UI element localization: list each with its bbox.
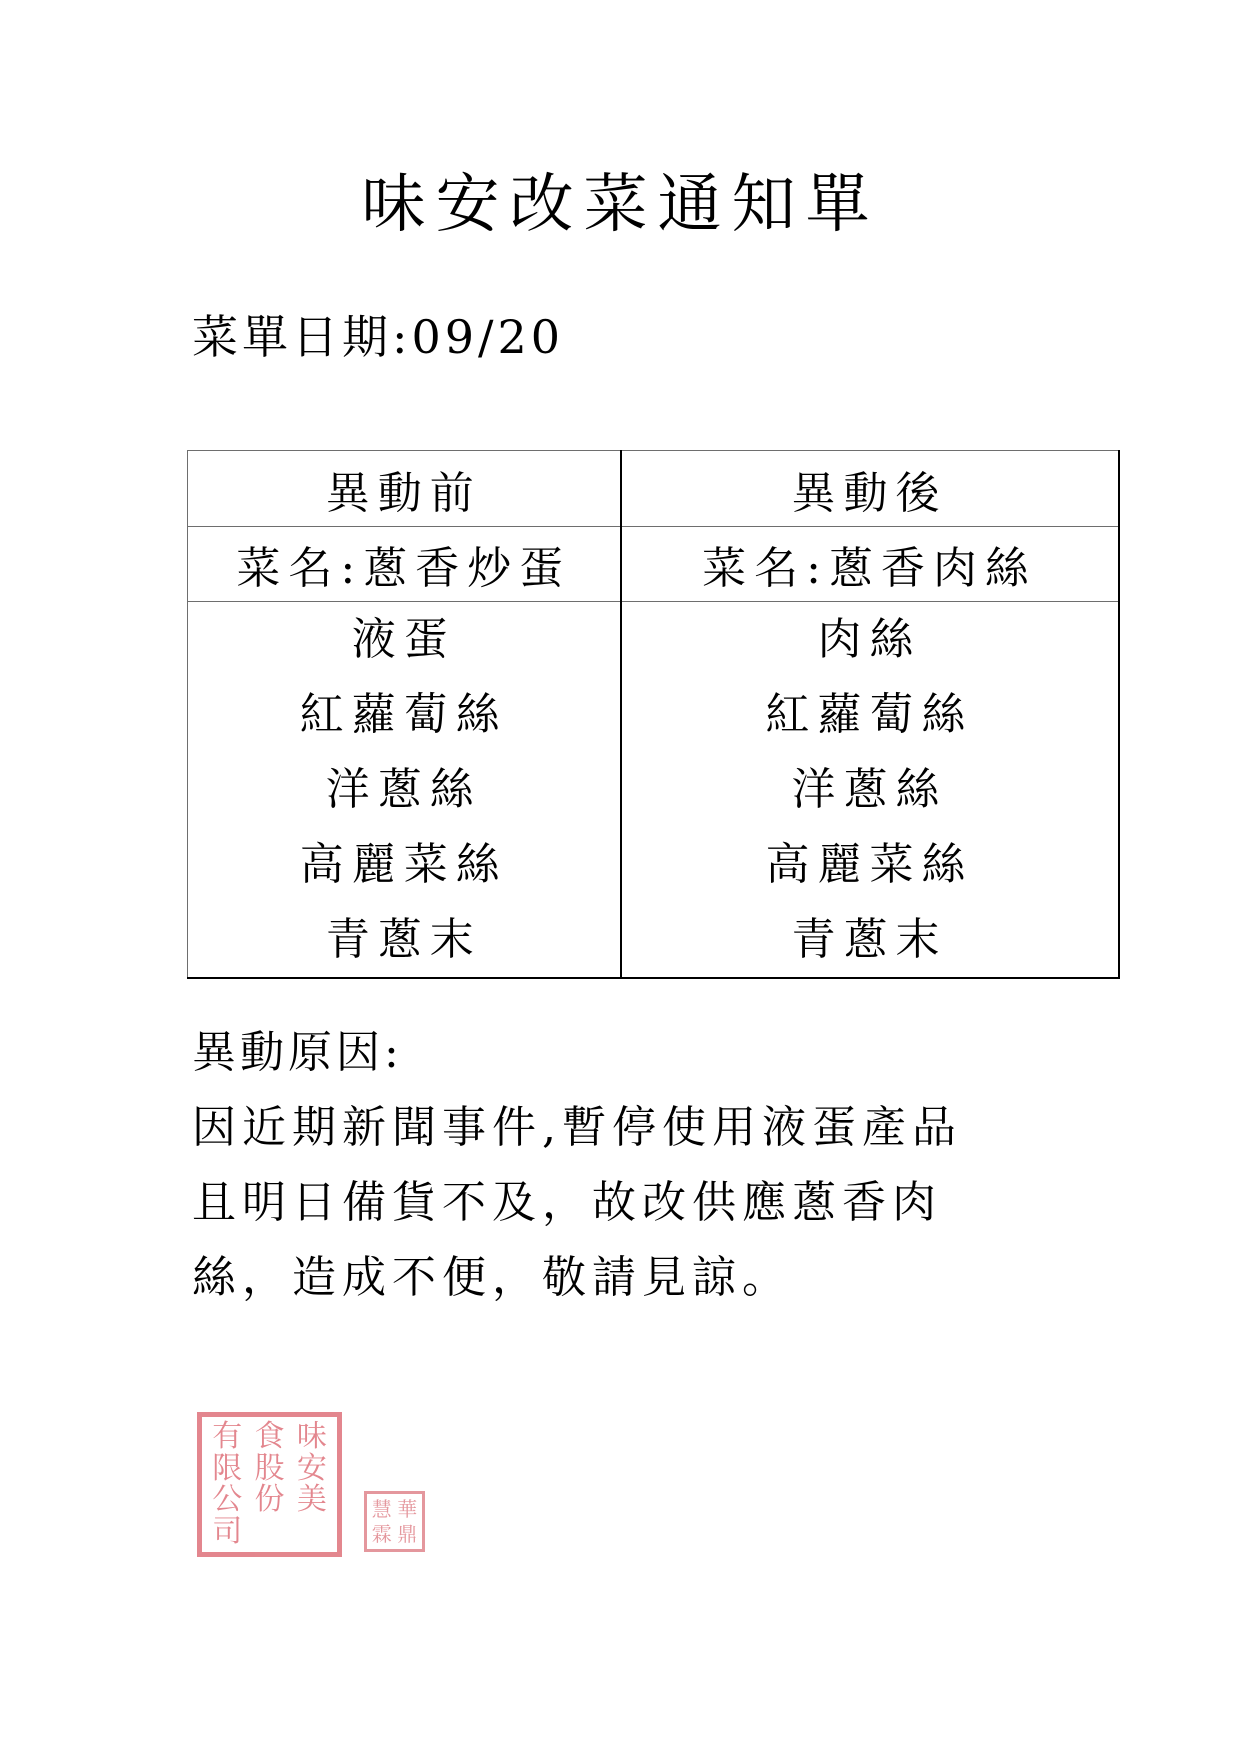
document-title: 味安改菜通知單 [0, 160, 1241, 250]
company-seal-stamp: 味 安 美 食 股 份 有 限 公 司 [197, 1412, 342, 1557]
menu-date: 菜單日期:09/20 [192, 304, 564, 370]
ingredient-item: 紅蘿蔔絲 [622, 677, 1118, 752]
ingredient-item: 青蔥末 [188, 902, 620, 977]
ingredient-item: 紅蘿蔔絲 [188, 677, 620, 752]
table-header-row: 異動前 異動後 [188, 451, 1119, 527]
ingredient-item: 洋蔥絲 [188, 752, 620, 827]
header-before: 異動前 [188, 451, 621, 527]
seal-char: 華 [395, 1496, 421, 1522]
seal-char: 味 [291, 1421, 333, 1453]
menu-change-table: 異動前 異動後 菜名:蔥香炒蛋 菜名:蔥香肉絲 液蛋 紅蘿蔔絲 洋蔥絲 高麗菜絲… [187, 450, 1120, 979]
ingredient-item: 高麗菜絲 [188, 827, 620, 902]
ingredient-item: 肉絲 [622, 602, 1118, 677]
seal-char: 股 [248, 1453, 290, 1485]
reason-line: 絲，造成不便，敬請見諒。 [192, 1240, 1042, 1315]
reason-label: 異動原因: [192, 1018, 403, 1088]
ingredient-item: 液蛋 [188, 602, 620, 677]
seal-char: 安 [291, 1453, 333, 1485]
dish-name-row: 菜名:蔥香炒蛋 菜名:蔥香肉絲 [188, 527, 1119, 602]
ingredients-row: 液蛋 紅蘿蔔絲 洋蔥絲 高麗菜絲 青蔥末 肉絲 紅蘿蔔絲 洋蔥絲 高麗菜絲 青蔥… [188, 602, 1119, 979]
seal-char: 霖 [369, 1522, 395, 1548]
seal-char: 鼎 [395, 1522, 421, 1548]
ingredient-item: 洋蔥絲 [622, 752, 1118, 827]
ingredients-before-list: 液蛋 紅蘿蔔絲 洋蔥絲 高麗菜絲 青蔥末 [188, 602, 620, 977]
seal-char: 有 [206, 1421, 248, 1453]
seal-char: 慧 [369, 1496, 395, 1522]
personal-seal-stamp: 華 鼎 慧 霖 [364, 1491, 425, 1552]
dish-before: 菜名:蔥香炒蛋 [188, 527, 621, 602]
seal-char: 美 [291, 1485, 333, 1517]
seal-char: 限 [206, 1453, 248, 1485]
seal-char: 食 [248, 1421, 290, 1453]
ingredients-after-list: 肉絲 紅蘿蔔絲 洋蔥絲 高麗菜絲 青蔥末 [622, 602, 1118, 977]
ingredients-before-cell: 液蛋 紅蘿蔔絲 洋蔥絲 高麗菜絲 青蔥末 [188, 602, 621, 979]
seal-char [248, 1516, 290, 1548]
ingredient-item: 高麗菜絲 [622, 827, 1118, 902]
reason-text: 因近期新聞事件,暫停使用液蛋產品 且明日備貨不及，故改供應蔥香肉 絲，造成不便，… [192, 1090, 1042, 1315]
reason-line: 因近期新聞事件,暫停使用液蛋產品 [192, 1090, 1042, 1165]
seal-char: 公 [206, 1485, 248, 1517]
dish-after: 菜名:蔥香肉絲 [621, 527, 1119, 602]
seal-char: 份 [248, 1485, 290, 1517]
seal-char [291, 1516, 333, 1548]
ingredients-after-cell: 肉絲 紅蘿蔔絲 洋蔥絲 高麗菜絲 青蔥末 [621, 602, 1119, 979]
seal-char: 司 [206, 1516, 248, 1548]
header-after: 異動後 [621, 451, 1119, 527]
reason-line: 且明日備貨不及，故改供應蔥香肉 [192, 1165, 1042, 1240]
ingredient-item: 青蔥末 [622, 902, 1118, 977]
